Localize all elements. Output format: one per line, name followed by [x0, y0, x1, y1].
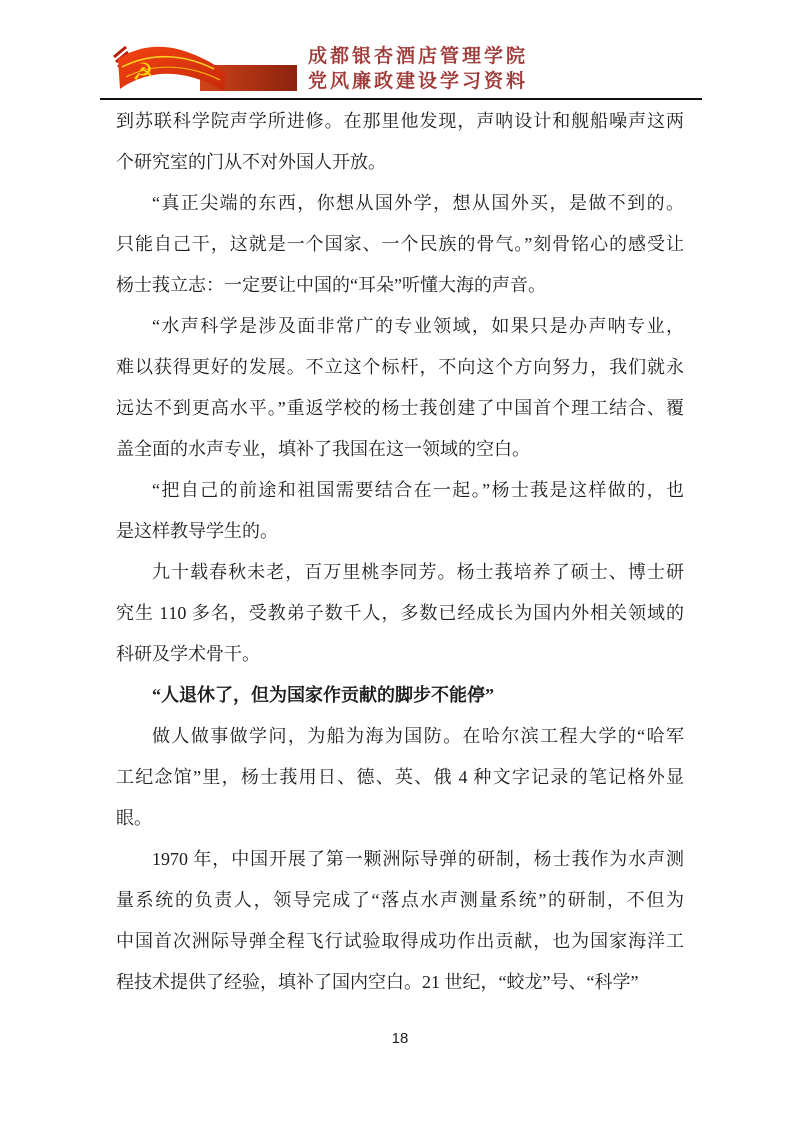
text-line: 个研究室的门从不对外国人开放。 [116, 142, 684, 183]
party-flag-logo: ☭ [112, 43, 297, 95]
text-line: 杨士莪立志：一定要让中国的“耳朵”听懂大海的声音。 [116, 265, 684, 306]
document-header: ☭ 成都银杏酒店管理学院 党风廉政建设学习资料 [0, 0, 800, 104]
paragraph: 做人做事做学问，为船为海为国防。在哈尔滨工程大学的“哈军工纪念馆”里，杨士莪用日… [116, 716, 684, 839]
text-line: 远达不到更高水平。”重返学校的杨士莪创建了中国首个理工结合、覆 [116, 388, 684, 429]
paragraph: 1970 年，中国开展了第一颗洲际导弹的研制，杨士莪作为水声测量系统的负责人，领… [116, 839, 684, 1003]
text-line: 科研及学术骨干。 [116, 634, 684, 675]
paragraph: “真正尖端的东西，你想从国外学，想从国外买，是做不到的。只能自己干，这就是一个国… [116, 183, 684, 306]
section-heading: “人退休了，但为国家作贡献的脚步不能停” [116, 675, 684, 716]
text-line: “水声科学是涉及面非常广的专业领域，如果只是办声呐专业， [116, 306, 684, 347]
text-line: 量系统的负责人，领导完成了“落点水声测量系统”的研制，不但为 [116, 880, 684, 921]
page-footer: 18 [0, 1030, 800, 1047]
text-line: 1970 年，中国开展了第一颗洲际导弹的研制，杨士莪作为水声测 [116, 839, 684, 880]
document-page: ☭ 成都银杏酒店管理学院 党风廉政建设学习资料 到苏联科学院声学所进修。在那里他… [0, 0, 800, 1131]
flag-graphic: ☭ [112, 43, 297, 95]
text-line: 到苏联科学院声学所进修。在那里他发现，声呐设计和舰船噪声这两 [116, 101, 684, 142]
header-divider [100, 98, 702, 100]
hammer-and-sickle-icon: ☭ [132, 58, 154, 86]
text-line: “真正尖端的东西，你想从国外学，想从国外买，是做不到的。 [116, 183, 684, 224]
doc-title: 党风廉政建设学习资料 [308, 69, 528, 94]
text-line: “把自己的前途和祖国需要结合在一起。”杨士莪是这样做的，也 [116, 470, 684, 511]
text-line: 程技术提供了经验，填补了国内空白。21 世纪，“蛟龙”号、“科学” [116, 962, 684, 1003]
text-line: 中国首次洲际导弹全程飞行试验取得成功作出贡献，也为国家海洋工 [116, 921, 684, 962]
text-line: 九十载春秋未老，百万里桃李同芳。杨士莪培养了硕士、博士研 [116, 552, 684, 593]
text-line: 只能自己干，这就是一个国家、一个民族的骨气。”刻骨铭心的感受让 [116, 224, 684, 265]
text-line: 究生 110 多名，受教弟子数千人，多数已经成长为国内外相关领域的 [116, 593, 684, 634]
paragraph: 到苏联科学院声学所进修。在那里他发现，声呐设计和舰船噪声这两个研究室的门从不对外… [116, 101, 684, 183]
text-line: 是这样教导学生的。 [116, 511, 684, 552]
text-line: 工纪念馆”里，杨士莪用日、德、英、俄 4 种文字记录的笔记格外显 [116, 757, 684, 798]
document-body: 到苏联科学院声学所进修。在那里他发现，声呐设计和舰船噪声这两个研究室的门从不对外… [116, 101, 684, 1003]
paragraph: “把自己的前途和祖国需要结合在一起。”杨士莪是这样做的，也是这样教导学生的。 [116, 470, 684, 552]
page-number: 18 [392, 1030, 409, 1047]
paragraph: “水声科学是涉及面非常广的专业领域，如果只是办声呐专业，难以获得更好的发展。不立… [116, 306, 684, 470]
text-line: 盖全面的水声专业，填补了我国在这一领域的空白。 [116, 429, 684, 470]
text-line: 做人做事做学问，为船为海为国防。在哈尔滨工程大学的“哈军 [116, 716, 684, 757]
text-line: 难以获得更好的发展。不立这个标杆，不向这个方向努力，我们就永 [116, 347, 684, 388]
header-titles: 成都银杏酒店管理学院 党风廉政建设学习资料 [308, 44, 528, 94]
text-line: “人退休了，但为国家作贡献的脚步不能停” [116, 675, 684, 716]
paragraph: 九十载春秋未老，百万里桃李同芳。杨士莪培养了硕士、博士研究生 110 多名，受教… [116, 552, 684, 675]
text-line: 眼。 [116, 798, 684, 839]
org-name: 成都银杏酒店管理学院 [308, 44, 528, 69]
